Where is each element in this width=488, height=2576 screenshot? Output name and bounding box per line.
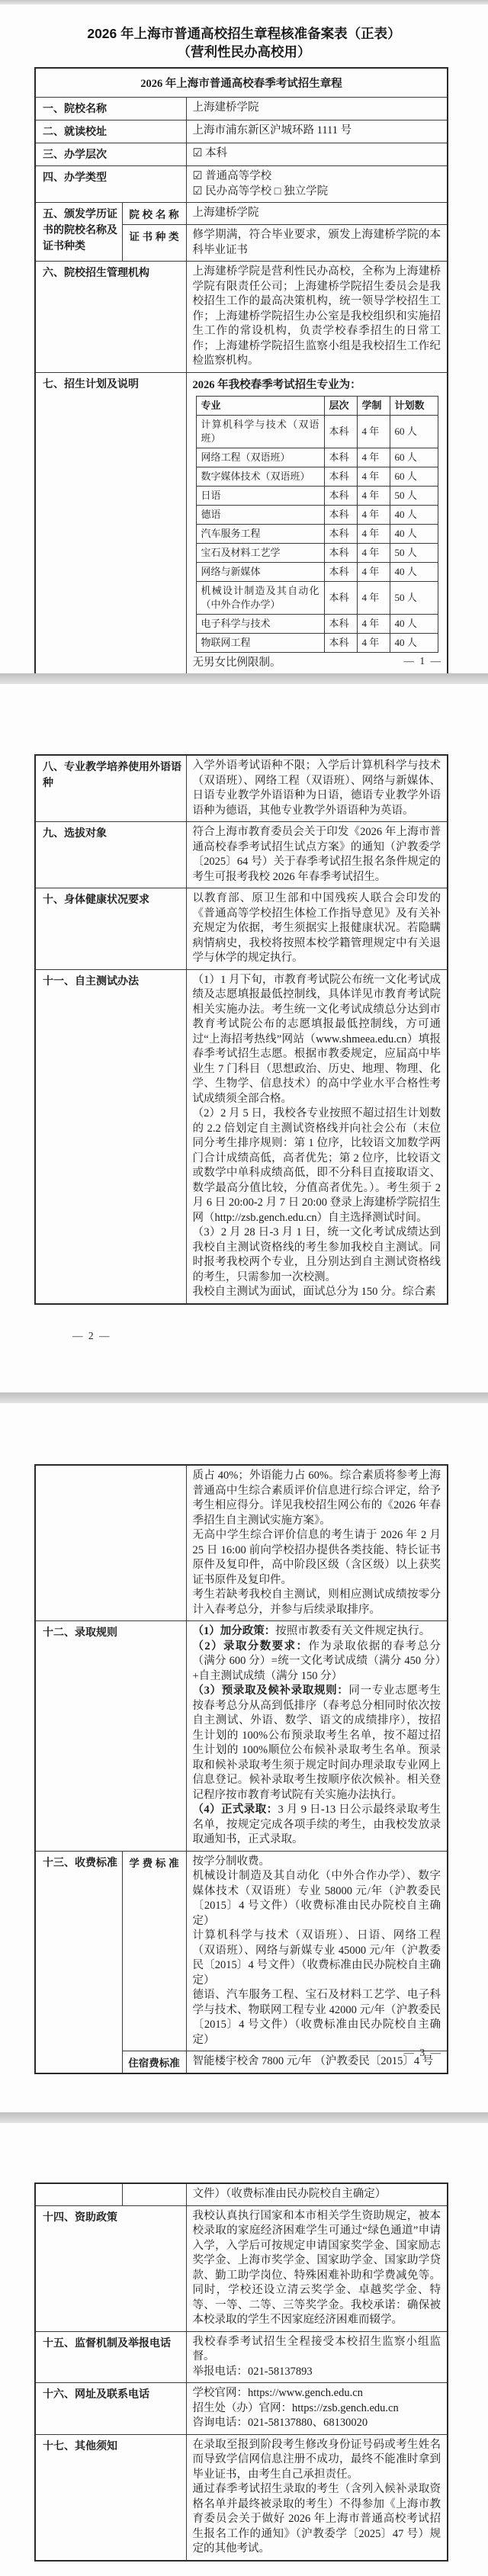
plan-cell: 电子科学与技术	[196, 614, 324, 633]
page-number-3: — 3 —	[404, 2047, 443, 2059]
document-title-line2: （营利性民办高校用）	[0, 43, 488, 61]
plan-cell: 物联网工程	[196, 633, 324, 652]
row-enrollment-plan: 七、招生计划及说明 2026 年我校春季考试招生专业为： 专业 层次 学制 计划…	[35, 372, 448, 673]
other-notes-p1: 在录取至报到阶段考生修改身份证号码或考生姓名而导致学信网信息注册不成功，最终不能…	[193, 2438, 441, 2483]
plan-cell: 50 人	[390, 581, 438, 614]
sublabel-tuition: 学 费 标 准	[122, 1851, 186, 2051]
label-admissions-org: 六、院校招生管理机构	[35, 262, 186, 373]
plan-row: 汽车服务工程本科4 年40 人	[196, 524, 438, 543]
plan-cell: 40 人	[390, 524, 438, 543]
label-admission-rules: 十二、录取规则	[35, 1621, 186, 1852]
value-admission-rules: （1）加分政策：按照市教委有关文件规定执行。 （2）录取分数要求：作为录取依据的…	[186, 1621, 448, 1852]
admission-rule-3: （3）预录取及候补录取规则：同一专业志愿考生按春考总分从高到低排序（春考总分相同…	[193, 1684, 441, 1803]
charter-table-page1: 2026 年上海市普通高校春季考试招生章程 一、院校名称 上海建桥学院 二、就读…	[34, 67, 448, 673]
sublabel-empty-continuation	[122, 2183, 186, 2205]
self-test-p6: 考生若缺考我校自主测试，则相应测试成绩按零分计入春考总分，并参与后续录取排序。	[193, 1588, 441, 1617]
supervision-phone: 举报电话：021-58137893	[193, 2365, 441, 2380]
plan-cell: 本科	[324, 543, 357, 562]
admission-rule-1-text: 按照市教委有关文件规定执行。	[275, 1625, 430, 1637]
label-self-test-method: 十一、自主测试办法	[35, 969, 186, 1304]
value-lodging-continued: 文件）（收费标准由民办院校自主确定）	[186, 2183, 448, 2205]
plan-cell: 60 人	[390, 415, 438, 448]
value-self-test-continued: 质占 40%；外语能力占 60%。综合素质将参考上海普通高中生综合素质评价信息进…	[186, 1465, 448, 1621]
plan-cell: 40 人	[390, 505, 438, 524]
plan-cell: 40 人	[390, 633, 438, 652]
plan-cell: 汽车服务工程	[196, 524, 324, 543]
page-1: 2026 年上海市普通高校招生章程核准备案表（正表） （营利性民办高校用） 20…	[0, 5, 488, 673]
value-website-contact: 学校官网：https://www.gench.edu.cn 招生处（办）官网：h…	[186, 2383, 448, 2435]
page-2: 八、专业教学培养使用外语语种 入学外语考试语种不限；入学后计算机科学与技术（双语…	[0, 684, 488, 1392]
row-campus-address: 二、就读校址 上海市浦东新区沪城环路 1111 号	[35, 120, 448, 143]
plan-cell: 本科	[324, 562, 357, 581]
label-education-level: 三、办学层次	[35, 143, 186, 166]
plan-cell: 本科	[324, 505, 357, 524]
value-supervision: 我校春季考试招生全程接受本校招生监察小组监督。 举报电话：021-5813789…	[186, 2331, 448, 2383]
plan-cell: 40 人	[390, 562, 438, 581]
admission-rule-3-lead: （3）预录取及候补录取规则：	[193, 1685, 349, 1697]
page-number-1: — 1 —	[404, 655, 443, 667]
value-school-name: 上海建桥学院	[186, 98, 448, 120]
page-4: 文件）（收费标准由民办院校自主确定） 十四、资助政策 我校认真执行国家和本市相关…	[0, 2123, 488, 2576]
plan-row: 宝石及材料工艺学本科4 年50 人	[196, 543, 438, 562]
row-admissions-org: 六、院校招生管理机构 上海建桥学院是营利性民办高校，全称为上海建桥学院有限责任公…	[35, 262, 448, 373]
plan-cell: 4 年	[357, 633, 390, 652]
page-gap	[0, 2112, 488, 2123]
label-campus-address: 二、就读校址	[35, 120, 186, 143]
plan-cell: 50 人	[390, 543, 438, 562]
row-self-test-method: 十一、自主测试办法 （1）1 月下旬，市教育考试院公布统一文化考试成绩及志愿填报…	[35, 969, 448, 1304]
document-title-line1: 2026 年上海市普通高校招生章程核准备案表（正表）	[0, 24, 488, 43]
plan-cell: 本科	[324, 633, 357, 652]
plan-cell: 4 年	[357, 581, 390, 614]
label-fee-standards: 十三、收费标准	[35, 1851, 122, 2073]
admission-rule-2: （2）录取分数要求：作为录取依据的春考总分（满分 600 分）=统一文化考试成绩…	[193, 1640, 441, 1685]
plan-header-row: 专业 层次 学制 计划数	[196, 396, 438, 415]
value-campus-address: 上海市浦东新区沪城环路 1111 号	[186, 120, 448, 143]
plan-row: 计算机科学与技术（双语班）本科4 年60 人	[196, 415, 438, 448]
admissions-website: 招生处（办）官网：https://zsb.gench.edu.cn	[193, 2401, 441, 2417]
plan-col-duration: 学制	[357, 396, 390, 415]
other-notes-p2: 通过春季考试招生录取的考生（含列入候补录取资格名单并最终被录取的考生）不得参加《…	[193, 2482, 441, 2557]
value-cert-school-name: 上海建桥学院	[186, 203, 448, 225]
row-certificate-school: 五、颁发学历证书的院校名称及证书种类 院 校 名 称 上海建桥学院	[35, 203, 448, 225]
charter-table-page4: 文件）（收费标准由民办院校自主确定） 十四、资助政策 我校认真执行国家和本市相关…	[34, 2183, 448, 2562]
plan-cell: 本科	[324, 415, 357, 448]
plan-cell: 4 年	[357, 543, 390, 562]
plan-cell: 60 人	[390, 467, 438, 486]
label-supervision: 十五、监督机制及举报电话	[35, 2331, 186, 2383]
label-empty-continuation	[35, 1465, 186, 1621]
value-health-requirements: 以教育部、原卫生部和中国残疾人联合会印发的《普通高等学校招生体检工作指导意见》及…	[186, 888, 448, 970]
admission-rule-4: （4）正式录取：3 月 9 日-13 日公示最终录取考生名单，按规定完成各项手续…	[193, 1803, 441, 1848]
value-tuition: 按学分制收费。 机械设计制造及其自动化（中外合作办学）、数字媒体技术（双语班）专…	[186, 1851, 448, 2051]
consult-phone: 咨询电话：021-58137880、68130020	[193, 2416, 441, 2431]
admission-rule-3-text: 同一专业志愿考生按春考总分从高到低排序（春考总分相同时依次按自主测试、外语、数学…	[193, 1685, 441, 1801]
plan-row: 数字媒体技术（双语班）本科4 年60 人	[196, 467, 438, 486]
plan-cell: 本科	[324, 614, 357, 633]
plan-cell: 4 年	[357, 467, 390, 486]
plan-row: 德语本科4 年40 人	[196, 505, 438, 524]
value-enrollment-plan: 2026 年我校春季考试招生专业为： 专业 层次 学制 计划数 计算机科学与技术…	[186, 372, 448, 673]
plan-cell: 本科	[324, 581, 357, 614]
plan-row: 日语本科4 年50 人	[196, 486, 438, 505]
document-title-block: 2026 年上海市普通高校招生章程核准备案表（正表） （营利性民办高校用）	[0, 5, 488, 67]
plan-cell: 60 人	[390, 448, 438, 467]
label-certificate-section: 五、颁发学历证书的院校名称及证书种类	[35, 203, 122, 262]
row-website-contact: 十六、网址及联系电话 学校官网：https://www.gench.edu.cn…	[35, 2383, 448, 2435]
plan-cell: 宝石及材料工艺学	[196, 543, 324, 562]
row-other-notes: 十七、其他须知 在录取至报到阶段考生修改身份证号码或考生姓名而导致学信网信息注册…	[35, 2434, 448, 2561]
label-foreign-language: 八、专业教学培养使用外语语种	[35, 755, 186, 822]
plan-table: 专业 层次 学制 计划数 计算机科学与技术（双语班）本科4 年60 人 网络工程…	[196, 396, 438, 653]
plan-cell: 本科	[324, 467, 357, 486]
row-school-type: 四、办学类型 ☑ 普通高等学校 ☑ 民办高等学校 □ 独立学院	[35, 166, 448, 203]
charter-table-page2: 八、专业教学培养使用外语语种 入学外语考试语种不限；入学后计算机科学与技术（双语…	[34, 754, 448, 1305]
row-supervision: 十五、监督机制及举报电话 我校春季考试招生全程接受本校招生监察小组监督。 举报电…	[35, 2331, 448, 2383]
sublabel-cert-school-name: 院 校 名 称	[122, 203, 186, 225]
supervision-p1: 我校春季考试招生全程接受本校招生监察小组监督。	[193, 2335, 441, 2365]
plan-col-quota: 计划数	[390, 396, 438, 415]
charter-header: 2026 年上海市普通高校春季考试招生章程	[35, 68, 448, 98]
plan-row: 电子科学与技术本科4 年40 人	[196, 614, 438, 633]
plan-row: 机械设计制造及其自动化（中外合作办学）本科4 年50 人	[196, 581, 438, 614]
row-school-name: 一、院校名称 上海建桥学院	[35, 98, 448, 120]
self-test-p4a: 我校自主测试为面试，面试总分为 150 分。综合素	[193, 1285, 441, 1300]
row-self-test-continued: 质占 40%；外语能力占 60%。综合素质将参考上海普通高中生综合素质评价信息进…	[35, 1465, 448, 1621]
row-tuition-fee: 十三、收费标准 学 费 标 准 按学分制收费。 机械设计制造及其自动化（中外合作…	[35, 1851, 448, 2051]
value-other-notes: 在录取至报到阶段考生修改身份证号码或考生姓名而导致学信网信息注册不成功，最终不能…	[186, 2434, 448, 2561]
label-enrollment-plan: 七、招生计划及说明	[35, 372, 186, 673]
row-health-requirements: 十、身体健康状况要求 以教育部、原卫生部和中国残疾人联合会印发的《普通高等学校招…	[35, 888, 448, 970]
admission-rule-2-lead: （2）录取分数要求：	[193, 1640, 309, 1653]
tuition-p3: 计算机科学与技术（双语班）、日语、网络工程（双语班）、网络与新媒专业 45000…	[193, 1929, 441, 1988]
plan-cell: 4 年	[357, 505, 390, 524]
plan-cell: 德语	[196, 505, 324, 524]
charter-header-row: 2026 年上海市普通高校春季考试招生章程	[35, 68, 448, 98]
plan-cell: 4 年	[357, 448, 390, 467]
value-foreign-language: 入学外语考试语种不限；入学后计算机科学与技术（双语班）、网络工程（双语班）、网络…	[186, 755, 448, 822]
tuition-p2: 机械设计制造及其自动化（中外合作办学）、数字媒体技术（双语班）专业 58000 …	[193, 1869, 441, 1929]
value-education-level: ☑ 本科	[186, 143, 448, 166]
self-test-p5: 无高中学生综合评价信息的考生请于 2026 年 2 月 25 日 16:00 前…	[193, 1528, 441, 1588]
row-selection-targets: 九、选拔对象 符合上海市教育委员会关于印发《2026 年上海市普通高校春季考试招…	[35, 822, 448, 888]
page-3: 质占 40%；外语能力占 60%。综合素质将参考上海普通高中生综合素质评价信息进…	[0, 1403, 488, 2112]
plan-cell: 数字媒体技术（双语班）	[196, 467, 324, 486]
value-admissions-org: 上海建桥学院是营利性民办高校，全称为上海建桥学院有限责任公司；上海建桥学院招生委…	[186, 262, 448, 373]
label-selection-targets: 九、选拔对象	[35, 822, 186, 888]
page-gap	[0, 673, 488, 684]
label-other-notes: 十七、其他须知	[35, 2434, 186, 2561]
tuition-p1: 按学分制收费。	[193, 1855, 441, 1870]
plan-cell: 4 年	[357, 524, 390, 543]
label-financial-aid: 十四、资助政策	[35, 2205, 186, 2331]
label-health-requirements: 十、身体健康状况要求	[35, 888, 186, 970]
page-gap	[0, 1392, 488, 1403]
row-lodging-continued: 文件）（收费标准由民办院校自主确定）	[35, 2183, 448, 2205]
admission-rule-1-lead: （1）加分政策：	[193, 1625, 276, 1637]
self-test-p4b: 质占 40%；外语能力占 60%。综合素质将参考上海普通高中生综合素质评价信息进…	[193, 1469, 441, 1528]
school-website: 学校官网：https://www.gench.edu.cn	[193, 2386, 441, 2401]
admission-rule-4-lead: （4）正式录取：	[193, 1804, 278, 1816]
plan-cell: 本科	[324, 524, 357, 543]
tuition-p4: 德语、汽车服务工程、宝石及材料工艺学、电子科学与技术、物联网工程专业 42000…	[193, 1988, 441, 2048]
value-cert-type: 修学期满，符合毕业要求，颁发上海建桥学院的本科毕业证书	[186, 225, 448, 262]
school-type-line1: ☑ 普通高等学校	[193, 169, 441, 185]
plan-cell: 计算机科学与技术（双语班）	[196, 415, 324, 448]
plan-cell: 40 人	[390, 614, 438, 633]
plan-cell: 机械设计制造及其自动化（中外合作办学）	[196, 581, 324, 614]
self-test-p2: （2）2 月 5 日，我校各专业按照不超过招生计划数的 2.2 倍划定自主测试资…	[193, 1107, 441, 1225]
value-financial-aid: 我校认真执行国家和本市相关学生资助规定，被本校录取的家庭经济困难学生可通过“绿色…	[186, 2205, 448, 2331]
plan-intro: 2026 年我校春季考试招生专业为：	[193, 377, 441, 393]
self-test-p1: （1）1 月下旬，市教育考试院公布统一文化考试成绩及志愿填报最低控制线，具体详见…	[193, 973, 441, 1107]
label-school-type: 四、办学类型	[35, 166, 186, 203]
charter-table-page3: 质占 40%；外语能力占 60%。综合素质将参考上海普通高中生综合素质评价信息进…	[34, 1464, 448, 2074]
plan-cell: 50 人	[390, 486, 438, 505]
plan-cell: 日语	[196, 486, 324, 505]
school-type-line2: ☑ 民办高等学校 □ 独立学院	[193, 185, 441, 200]
plan-row: 网络与新媒体本科4 年40 人	[196, 562, 438, 581]
row-education-level: 三、办学层次 ☑ 本科	[35, 143, 448, 166]
row-admission-rules: 十二、录取规则 （1）加分政策：按照市教委有关文件规定执行。 （2）录取分数要求…	[35, 1621, 448, 1852]
sublabel-cert-type: 证 书 种 类	[122, 225, 186, 262]
plan-cell: 4 年	[357, 415, 390, 448]
label-empty-continuation	[35, 2183, 122, 2205]
plan-cell: 本科	[324, 486, 357, 505]
value-self-test-method: （1）1 月下旬，市教育考试院公布统一文化考试成绩及志愿填报最低控制线，具体详见…	[186, 969, 448, 1304]
plan-cell: 网络工程（双语班）	[196, 448, 324, 467]
sublabel-lodging: 住宿费标准	[122, 2051, 186, 2074]
row-foreign-language: 八、专业教学培养使用外语语种 入学外语考试语种不限；入学后计算机科学与技术（双语…	[35, 755, 448, 822]
plan-row: 物联网工程本科4 年40 人	[196, 633, 438, 652]
admission-rule-1: （1）加分政策：按照市教委有关文件规定执行。	[193, 1624, 441, 1640]
plan-col-major: 专业	[196, 396, 324, 415]
plan-cell: 4 年	[357, 562, 390, 581]
plan-col-level: 层次	[324, 396, 357, 415]
plan-cell: 4 年	[357, 486, 390, 505]
plan-cell: 4 年	[357, 614, 390, 633]
value-school-type: ☑ 普通高等学校 ☑ 民办高等学校 □ 独立学院	[186, 166, 448, 203]
page-number-2: — 2 —	[72, 1330, 111, 1342]
label-website-contact: 十六、网址及联系电话	[35, 2383, 186, 2435]
plan-row: 网络工程（双语班）本科4 年60 人	[196, 448, 438, 467]
document-canvas: 2026 年上海市普通高校招生章程核准备案表（正表） （营利性民办高校用） 20…	[0, 0, 488, 2576]
label-school-name: 一、院校名称	[35, 98, 186, 120]
value-selection-targets: 符合上海市教育委员会关于印发《2026 年上海市普通高校春季考试招生试点方案》的…	[186, 822, 448, 888]
row-financial-aid: 十四、资助政策 我校认真执行国家和本市相关学生资助规定，被本校录取的家庭经济困难…	[35, 2205, 448, 2331]
plan-cell: 网络与新媒体	[196, 562, 324, 581]
self-test-p3: （3）2 月 28 日-3 月 1 日，统一文化考试成绩达到我校自主测试资格线的…	[193, 1225, 441, 1285]
plan-cell: 本科	[324, 448, 357, 467]
